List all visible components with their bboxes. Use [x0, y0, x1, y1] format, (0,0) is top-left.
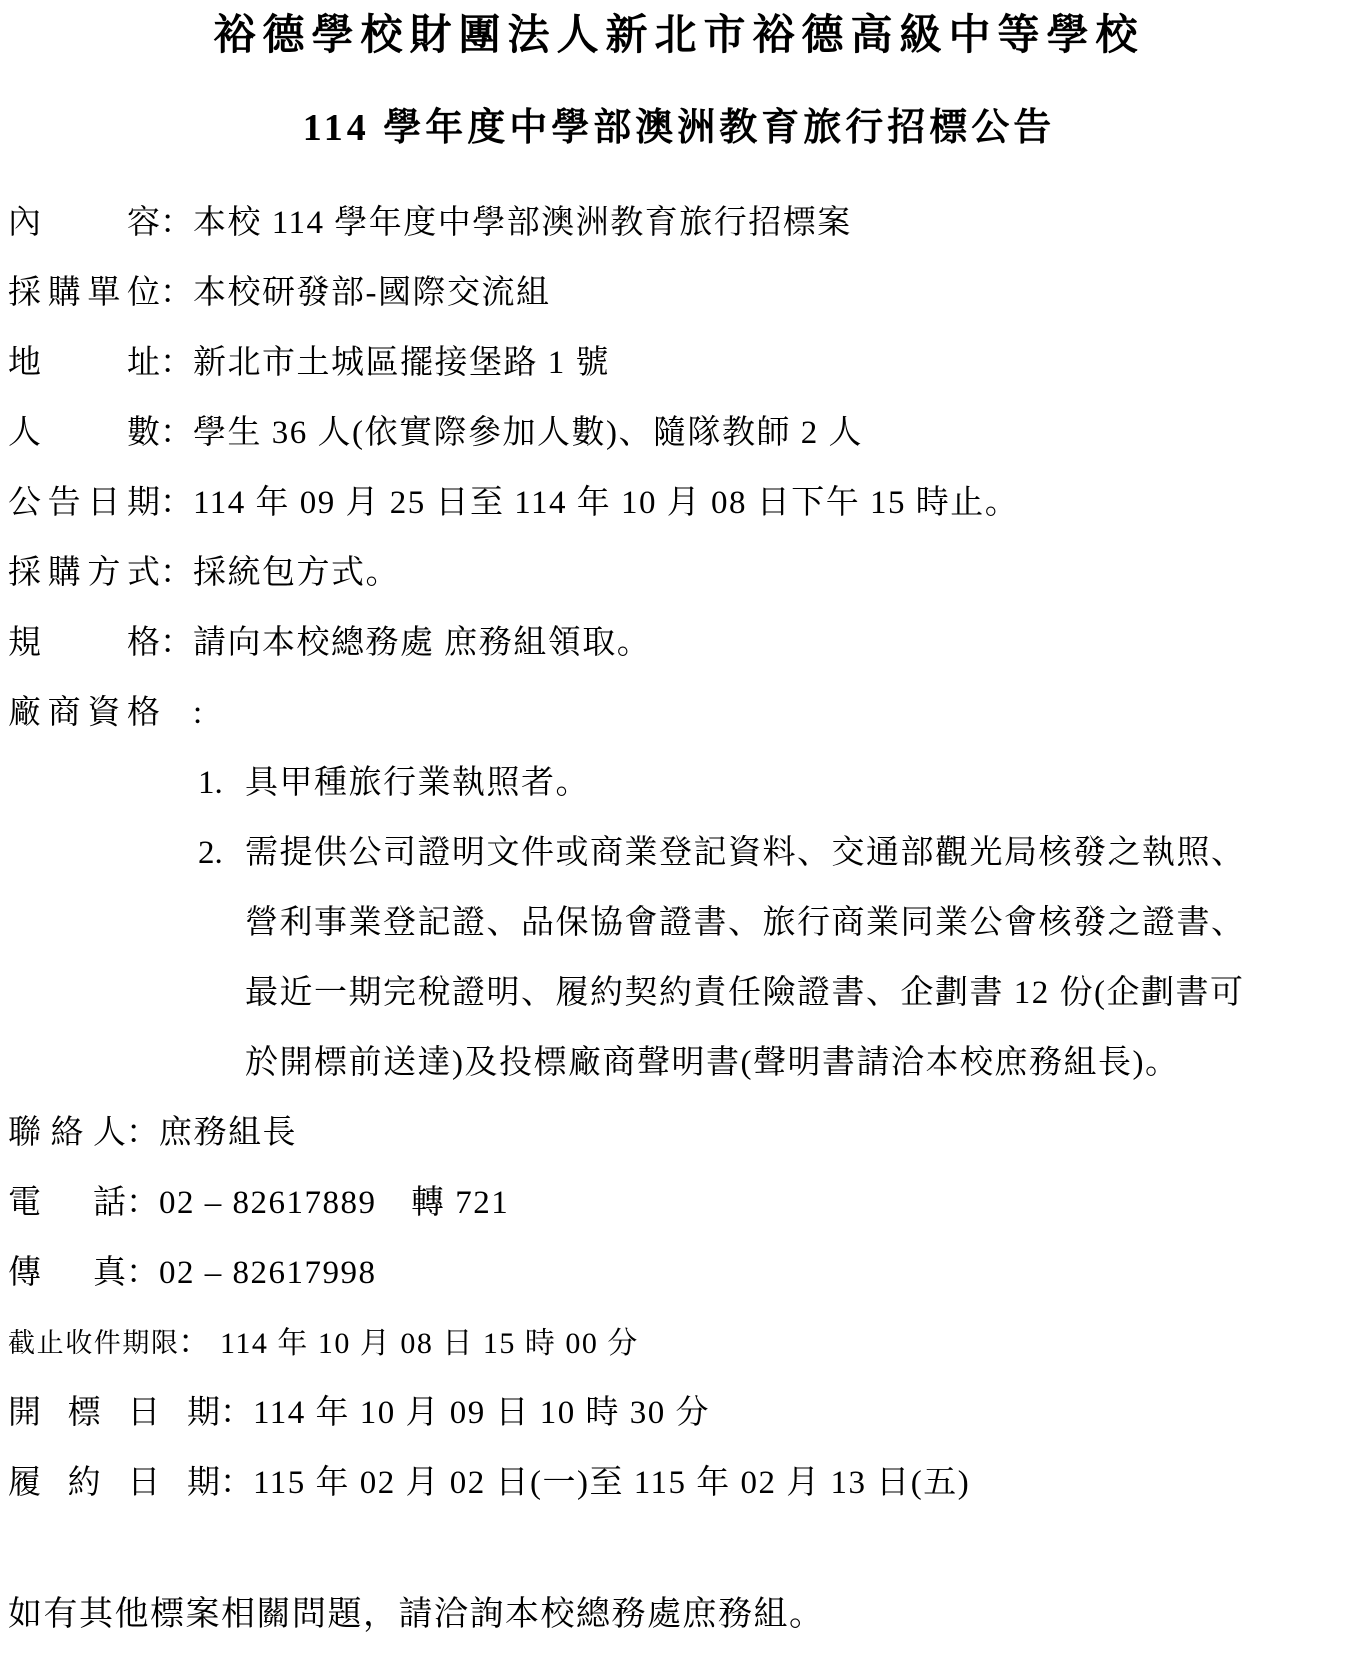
field-row-headcount: 人數：學生 36 人(依實際參加人數)、隨隊教師 2 人	[8, 398, 1350, 468]
field-value-bid-opening-date: 114 年 10 月 09 日 10 時 30 分	[253, 1395, 710, 1431]
list-item-number: 2.	[198, 818, 245, 888]
qualification-item-2-continuation: 營利事業登記證、品保協會證書、旅行商業同業公會核發之證書、	[8, 888, 1350, 958]
field-label-headcount: 人數	[8, 398, 160, 468]
field-colon: ：	[160, 398, 193, 468]
field-value-phone: 02 – 82617889 轉 721	[159, 1185, 509, 1221]
field-value-address: 新北市土城區擺接堡路 1 號	[193, 345, 610, 381]
field-label-specifications: 規格	[8, 608, 160, 678]
tender-announcement-document: 裕德學校財團法人新北市裕德高級中等學校 114 學年度中學部澳洲教育旅行招標公告…	[0, 0, 1358, 1653]
field-colon: ：	[160, 538, 193, 608]
field-value-headcount: 學生 36 人(依實際參加人數)、隨隊教師 2 人	[193, 415, 863, 451]
field-value-performance-period: 115 年 02 月 02 日(一)至 115 年 02 月 13 日(五)	[253, 1465, 970, 1501]
qualification-item-2-line-2: 營利事業登記證、品保協會證書、旅行商業同業公會核發之證書、	[245, 905, 1246, 941]
qualification-item-1-text: 具甲種旅行業執照者。	[245, 765, 590, 801]
field-colon: :	[160, 678, 202, 748]
field-row-procurement-method: 採購方式：採統包方式。	[8, 538, 1350, 608]
field-label-content: 內容	[8, 188, 160, 258]
field-row-phone: 電話：02 – 82617889 轉 721	[8, 1168, 1350, 1238]
footer-note: 如有其他標案相關問題，請洽詢本校總務處庶務組。	[8, 1580, 1350, 1650]
field-row-performance-period: 履約日期：115 年 02 月 02 日(一)至 115 年 02 月 13 日…	[8, 1448, 1350, 1518]
field-label-performance-period: 履約日期	[8, 1448, 220, 1518]
field-label-vendor-qualifications: 廠商資格	[8, 678, 160, 748]
field-value-contact-person: 庶務組長	[159, 1115, 297, 1151]
announcement-title: 114 學年度中學部澳洲教育旅行招標公告	[8, 104, 1350, 152]
field-colon: ：	[160, 258, 193, 328]
field-colon: ：	[126, 1168, 159, 1238]
qualification-item-2-continuation: 最近一期完稅證明、履約契約責任險證書、企劃書 12 份(企劃書可	[8, 958, 1350, 1028]
field-row-content: 內容：本校 114 學年度中學部澳洲教育旅行招標案	[8, 188, 1350, 258]
field-colon: ：	[126, 1098, 159, 1168]
field-row-submission-deadline: 截止收件期限： 114 年 10 月 08 日 15 時 00 分	[8, 1308, 1350, 1378]
field-value-specifications: 請向本校總務處 庶務組領取。	[193, 625, 651, 661]
document-body: 內容：本校 114 學年度中學部澳洲教育旅行招標案 採購單位：本校研發部-國際交…	[8, 188, 1350, 1518]
field-row-address: 地址：新北市土城區擺接堡路 1 號	[8, 328, 1350, 398]
field-label-address: 地址	[8, 328, 160, 398]
field-row-specifications: 規格：請向本校總務處 庶務組領取。	[8, 608, 1350, 678]
field-colon: ：	[220, 1378, 253, 1448]
field-label-contact-person: 聯絡人	[8, 1098, 126, 1168]
field-colon: ：	[220, 1448, 253, 1518]
qualification-item-2: 2.需提供公司證明文件或商業登記資料、交通部觀光局核發之執照、	[8, 818, 1350, 888]
field-row-announcement-period: 公告日期：114 年 09 月 25 日至 114 年 10 月 08 日下午 …	[8, 468, 1350, 538]
field-colon: ：	[160, 608, 193, 678]
field-row-vendor-qualifications: 廠商資格 :	[8, 678, 1350, 748]
field-value-procurement-method: 採統包方式。	[193, 555, 400, 591]
field-colon: ：	[178, 1308, 211, 1378]
field-value-fax: 02 – 82617998	[159, 1255, 377, 1291]
field-label-purchasing-unit: 採購單位	[8, 258, 160, 328]
field-value-announcement-period: 114 年 09 月 25 日至 114 年 10 月 08 日下午 15 時止…	[193, 485, 1019, 521]
field-row-bid-opening-date: 開標日期：114 年 10 月 09 日 10 時 30 分	[8, 1378, 1350, 1448]
field-value-purchasing-unit: 本校研發部-國際交流組	[193, 275, 551, 311]
field-value-content: 本校 114 學年度中學部澳洲教育旅行招標案	[193, 205, 852, 241]
field-colon: ：	[160, 188, 193, 258]
qualification-item-2-line-4: 於開標前送達)及投標廠商聲明書(聲明書請洽本校庶務組長)。	[245, 1045, 1179, 1081]
field-label-fax: 傳真	[8, 1238, 126, 1308]
field-colon: ：	[160, 328, 193, 398]
field-row-purchasing-unit: 採購單位：本校研發部-國際交流組	[8, 258, 1350, 328]
field-label-phone: 電話	[8, 1168, 126, 1238]
qualification-item-2-line-3: 最近一期完稅證明、履約契約責任險證書、企劃書 12 份(企劃書可	[245, 975, 1245, 1011]
qualification-item-2-continuation: 於開標前送達)及投標廠商聲明書(聲明書請洽本校庶務組長)。	[8, 1028, 1350, 1098]
field-label-submission-deadline: 截止收件期限	[8, 1308, 178, 1378]
qualification-item-2-line-1: 需提供公司證明文件或商業登記資料、交通部觀光局核發之執照、	[245, 835, 1246, 871]
field-row-fax: 傳真：02 – 82617998	[8, 1238, 1350, 1308]
school-name-title: 裕德學校財團法人新北市裕德高級中等學校	[8, 12, 1350, 60]
list-item-number: 1.	[198, 748, 245, 818]
field-label-bid-opening-date: 開標日期	[8, 1378, 220, 1448]
field-value-submission-deadline: 114 年 10 月 08 日 15 時 00 分	[211, 1327, 639, 1360]
qualification-item-1: 1.具甲種旅行業執照者。	[8, 748, 1350, 818]
field-colon: ：	[160, 468, 193, 538]
field-label-procurement-method: 採購方式	[8, 538, 160, 608]
field-row-contact-person: 聯絡人：庶務組長	[8, 1098, 1350, 1168]
field-colon: ：	[126, 1238, 159, 1308]
field-label-announcement-period: 公告日期	[8, 468, 160, 538]
